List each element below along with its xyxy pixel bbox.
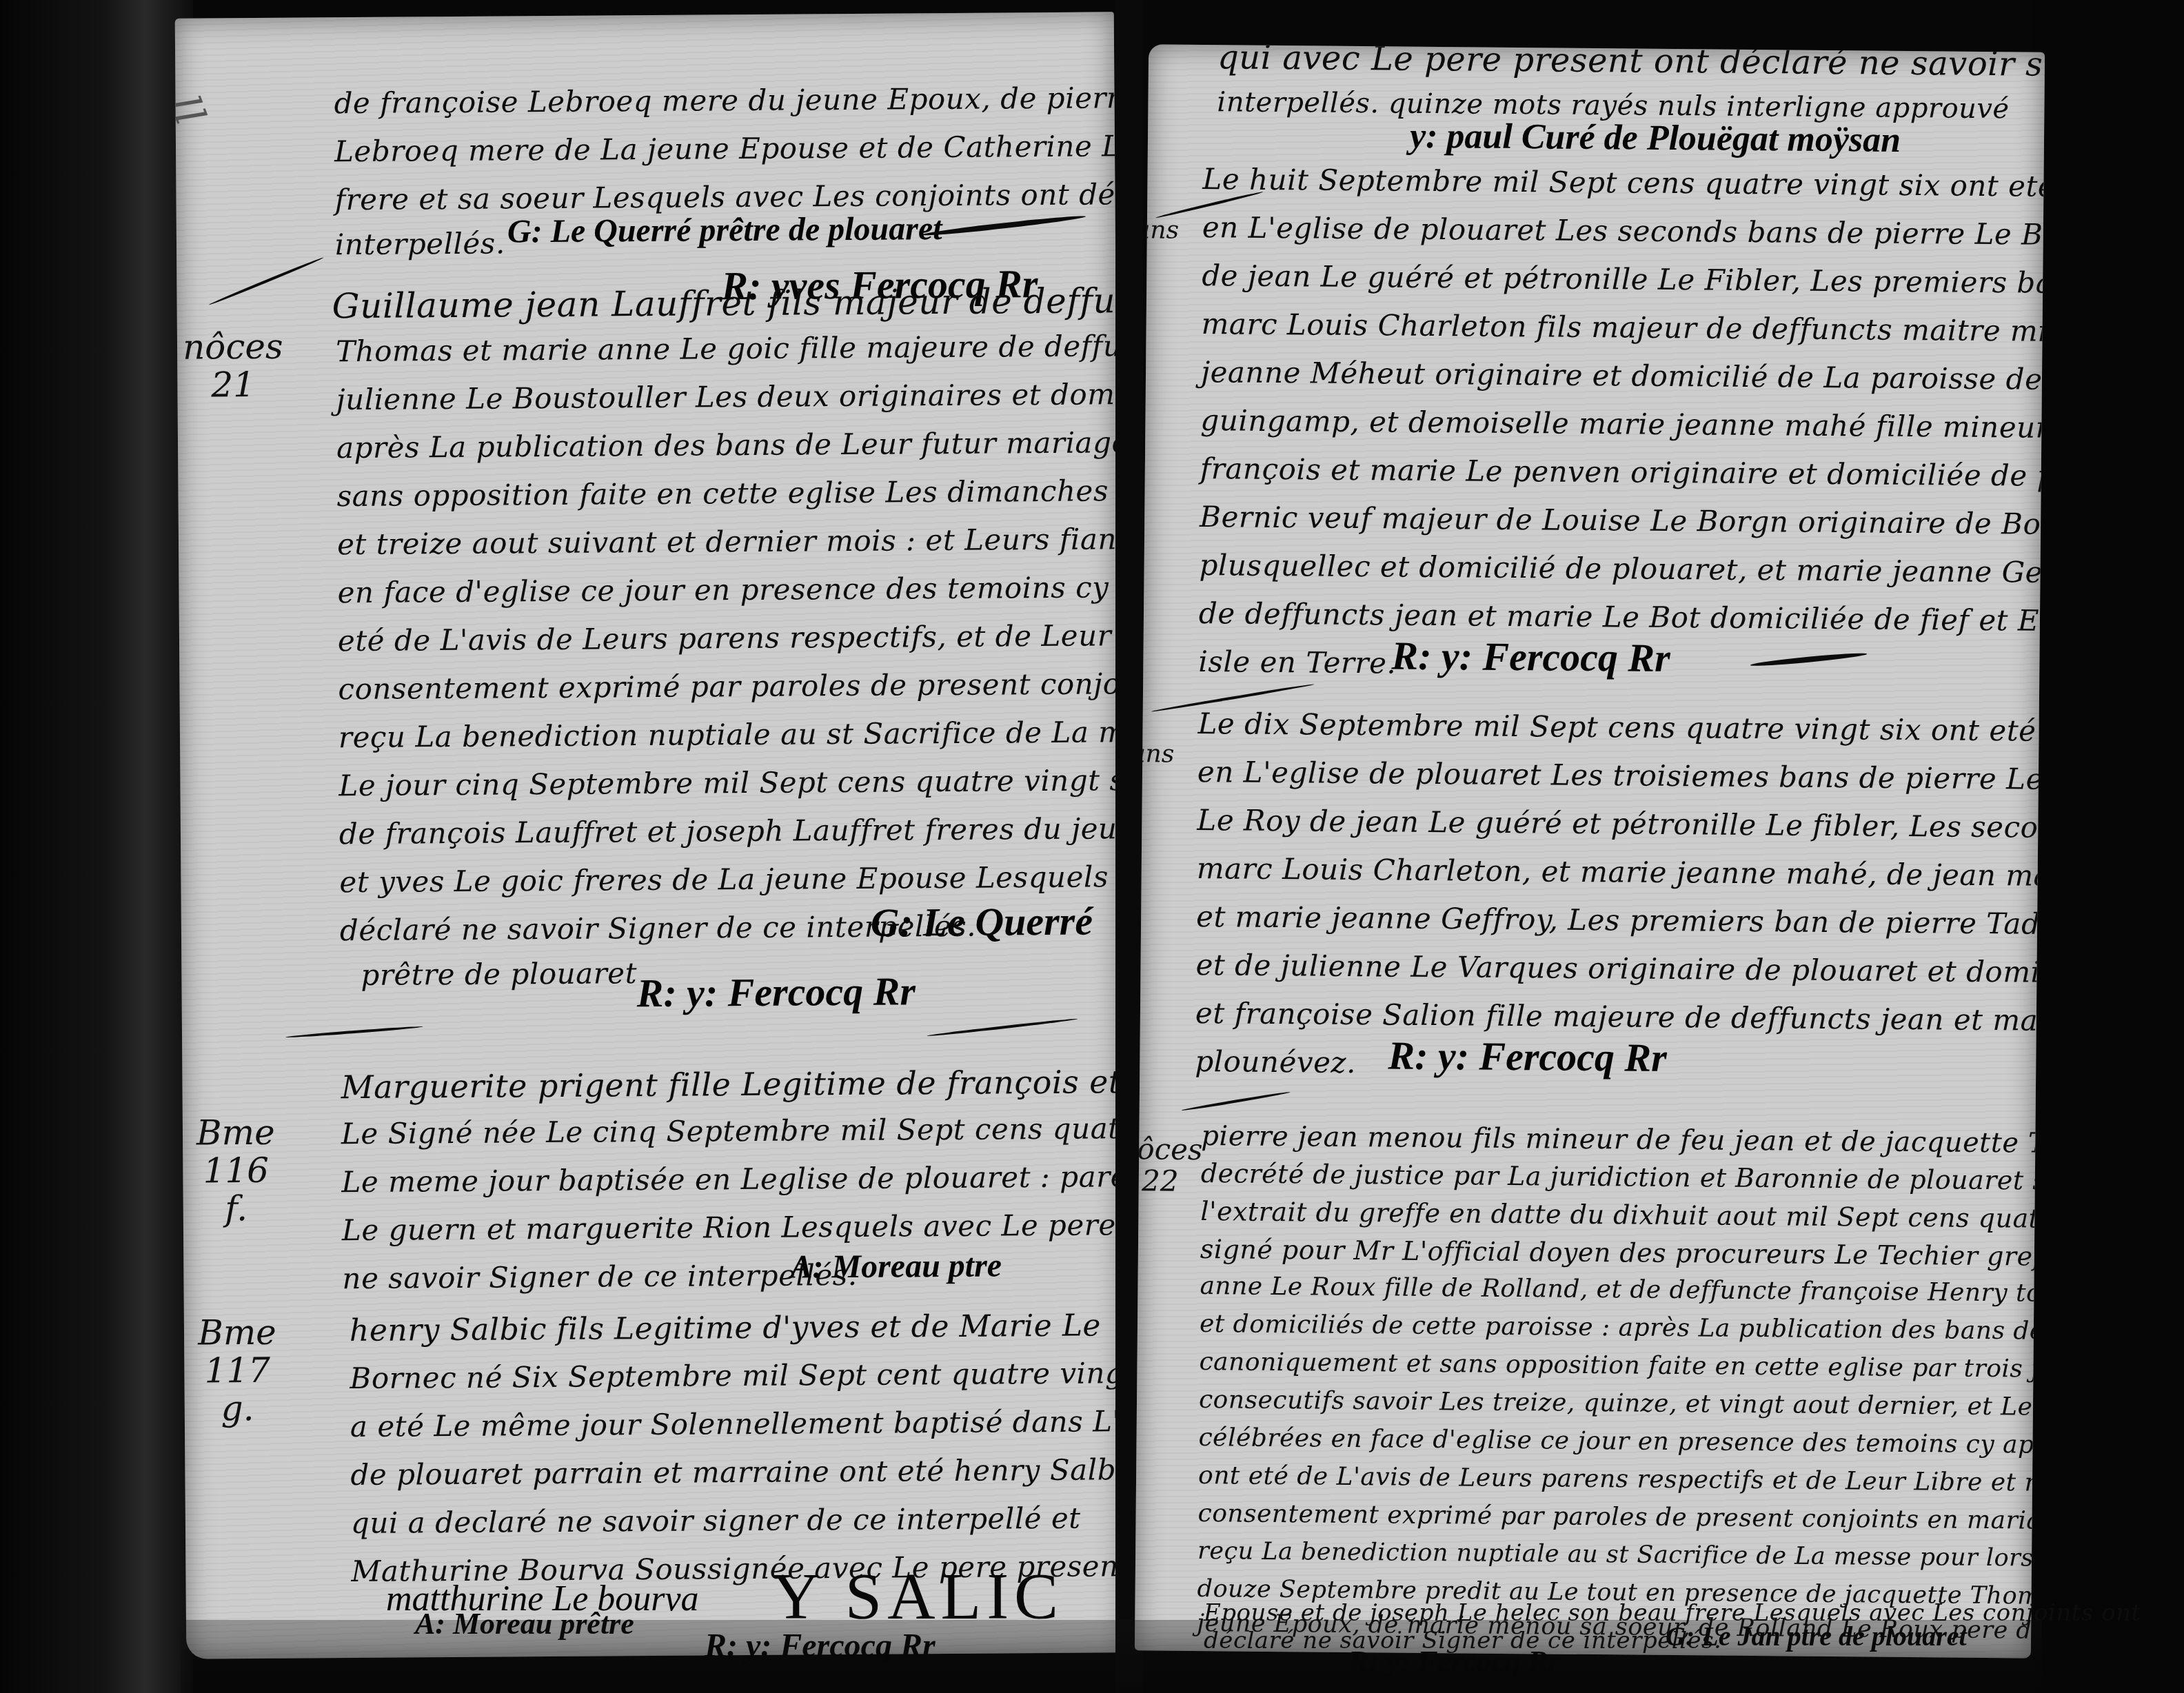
margin-note-marriage-21: nôces 21	[183, 328, 283, 405]
signature: R: y: Fercocq Rr	[636, 968, 916, 1016]
book-spine-shadow	[0, 0, 193, 1693]
faded-mark: ll	[175, 90, 214, 132]
separator-flourish	[208, 256, 324, 306]
text-line: plusquellec et domicilié de plouaret, et…	[1199, 548, 2045, 591]
margin-note-baptism-117: Bme 117 g.	[198, 1314, 277, 1428]
text-line: isle en Terre.	[1198, 645, 1396, 680]
text-line: qui a declaré ne savoir signer de ce int…	[351, 1501, 1081, 1540]
text-line: plounévez.	[1195, 1044, 1356, 1079]
text-line: consentement exprimé par paroles de pres…	[338, 665, 1125, 706]
text-line: reçu La benediction nuptiale au st Sacri…	[1197, 1537, 2045, 1574]
right-page: qui avec Le pere present ont déclaré ne …	[1135, 44, 2045, 1658]
text-line: de françois Lauffret et joseph Lauffret …	[339, 809, 1125, 851]
text-line: en face d'eglise ce jour en presence des…	[337, 568, 1125, 609]
text-line: et françoise Salion fille majeure de def…	[1195, 996, 2045, 1040]
text-line: julienne Le Boustouller Les deux origina…	[336, 376, 1125, 417]
text-line: Le guern et marguerite Rion Lesquels ave…	[342, 1206, 1125, 1247]
text-line: et domiciliés de cette paroisse : après …	[1200, 1310, 2045, 1348]
bottom-edge-shadow	[181, 1620, 2042, 1693]
separator-flourish	[285, 1025, 423, 1038]
text-line: eté de L'avis de Leurs parens respectifs…	[338, 617, 1125, 658]
flourish	[921, 214, 1086, 238]
margin-note-baptism-116: Bme 116 f.	[196, 1114, 276, 1228]
entry-heading: pierre jean menou fils mineur de feu jea…	[1201, 1120, 2045, 1160]
entry-heading: Guillaume jean Lauffret fils majeur de d…	[332, 278, 1125, 326]
text-line: interpellés.	[335, 226, 505, 261]
text-line: consecutifs savoir Les treize, quinze, e…	[1199, 1386, 2045, 1423]
text-line: ont eté de L'avis de Leurs parens respec…	[1198, 1461, 2045, 1498]
text-line: ne savoir Signer de ce interpellés.	[342, 1258, 857, 1295]
margin-note-marriage-22: nôces 22	[1135, 1133, 1203, 1197]
flourish	[1750, 651, 1867, 668]
text-line: signé pour Mr L'official doyen des procu…	[1200, 1234, 2045, 1273]
signature: R: y: Fercocq Rr	[1391, 632, 1670, 681]
text-line: frere et sa soeur Lesquels avec Les conj…	[334, 174, 1125, 216]
text-line: qui avec Le pere present ont déclaré ne …	[1217, 44, 2045, 85]
text-line: sans opposition faite en cette eglise Le…	[336, 472, 1125, 513]
text-line: après La publication des bans de Leur fu…	[336, 423, 1125, 465]
signature: R: y: Fercocq Rr	[1388, 1032, 1667, 1081]
text-line: Le Roy de jean Le guéré et pétronille Le…	[1197, 803, 2045, 848]
entry-heading: Le dix Septembre mil Sept cens quatre vi…	[1197, 707, 2045, 751]
text-line: Le jour cinq Septembre mil Sept cens qua…	[338, 761, 1125, 802]
text-line: prêtre de plouaret	[361, 956, 637, 992]
separator-flourish	[1182, 1091, 1291, 1111]
text-line: Lebroeq mere de La jeune Epouse et de Ca…	[334, 126, 1125, 168]
text-line: l'extrait du greffe en datte du dixhuit …	[1200, 1196, 2045, 1235]
text-line: consentement exprimé par paroles de pres…	[1197, 1499, 2045, 1536]
text-line: célébrées en face d'eglise ce jour en pr…	[1198, 1423, 2045, 1461]
text-line: marc Louis Charleton fils majeur de deff…	[1201, 307, 2045, 350]
signature: A: Moreau ptre	[790, 1246, 1002, 1286]
text-line: françois et marie Le penven originaire e…	[1200, 452, 2045, 496]
entry-heading: henry Salbic fils Legitime d'yves et de …	[350, 1308, 1101, 1348]
text-line: Le meme jour baptisée en Leglise de plou…	[341, 1157, 1125, 1199]
text-line: guingamp, et demoiselle marie jeanne mah…	[1200, 403, 2045, 446]
text-line: reçu La benediction nuptiale au st Sacri…	[338, 713, 1125, 755]
text-line: marc Louis Charleton, et marie jeanne ma…	[1197, 851, 2045, 894]
left-page: ll de françoise Lebroeq mere du jeune Ep…	[175, 12, 1126, 1659]
text-line: Thomas et marie anne Le goic fille majeu…	[336, 327, 1125, 368]
text-line: et de julienne Le Varques originaire de …	[1195, 948, 2045, 991]
entry-heading: Marguerite prigent fille Legitime de fra…	[341, 1062, 1125, 1106]
text-line: de françoise Lebroeq mere du jeune Epoux…	[334, 78, 1125, 120]
text-line: jeanne Méheut originaire et domicilié de…	[1201, 355, 2045, 398]
text-line: Bernic veuf majeur de Louise Le Borgn or…	[1200, 500, 2045, 543]
text-line: anne Le Roux fille de Rolland, et de def…	[1200, 1272, 2045, 1310]
text-line: a eté Le même jour Solennellement baptis…	[350, 1403, 1125, 1443]
text-line: et treize aout suivant et dernier mois :…	[337, 520, 1125, 561]
text-line: Bornec né Six Septembre mil Sept cent qu…	[350, 1356, 1125, 1395]
signature: G: Le Querré	[871, 898, 1093, 946]
text-line: de plouaret parrain et marraine ont eté …	[350, 1452, 1125, 1492]
signature: y: paul Curé de Plouëgat moÿsan	[1410, 116, 1901, 161]
text-line: de jean Le guéré et pétronille Le Fibler…	[1202, 258, 2045, 302]
signature: G: Le Querré prêtre de plouaret	[507, 210, 942, 250]
text-line: Le Signé née Le cinq Septembre mil Sept …	[341, 1110, 1125, 1150]
right-background	[2034, 0, 2184, 1693]
text-line: en L'eglise de plouaret Les troisiemes b…	[1197, 755, 2045, 798]
text-line: canoniquement et sans opposition faite e…	[1199, 1348, 2045, 1385]
separator-flourish	[927, 1017, 1078, 1037]
entry-heading: Le huit Septembre mil Sept cens quatre v…	[1202, 162, 2045, 206]
text-line: de deffuncts jean et marie Le Bot domici…	[1199, 596, 2045, 639]
text-line: et marie jeanne Geffroy, Les premiers ba…	[1196, 900, 2045, 944]
text-line: decrété de justice par La juridiction et…	[1201, 1158, 2045, 1197]
text-line: et yves Le goic freres de La jeune Epous…	[339, 858, 1125, 899]
text-line: en L'eglise de plouaret Les seconds bans…	[1202, 210, 2045, 254]
